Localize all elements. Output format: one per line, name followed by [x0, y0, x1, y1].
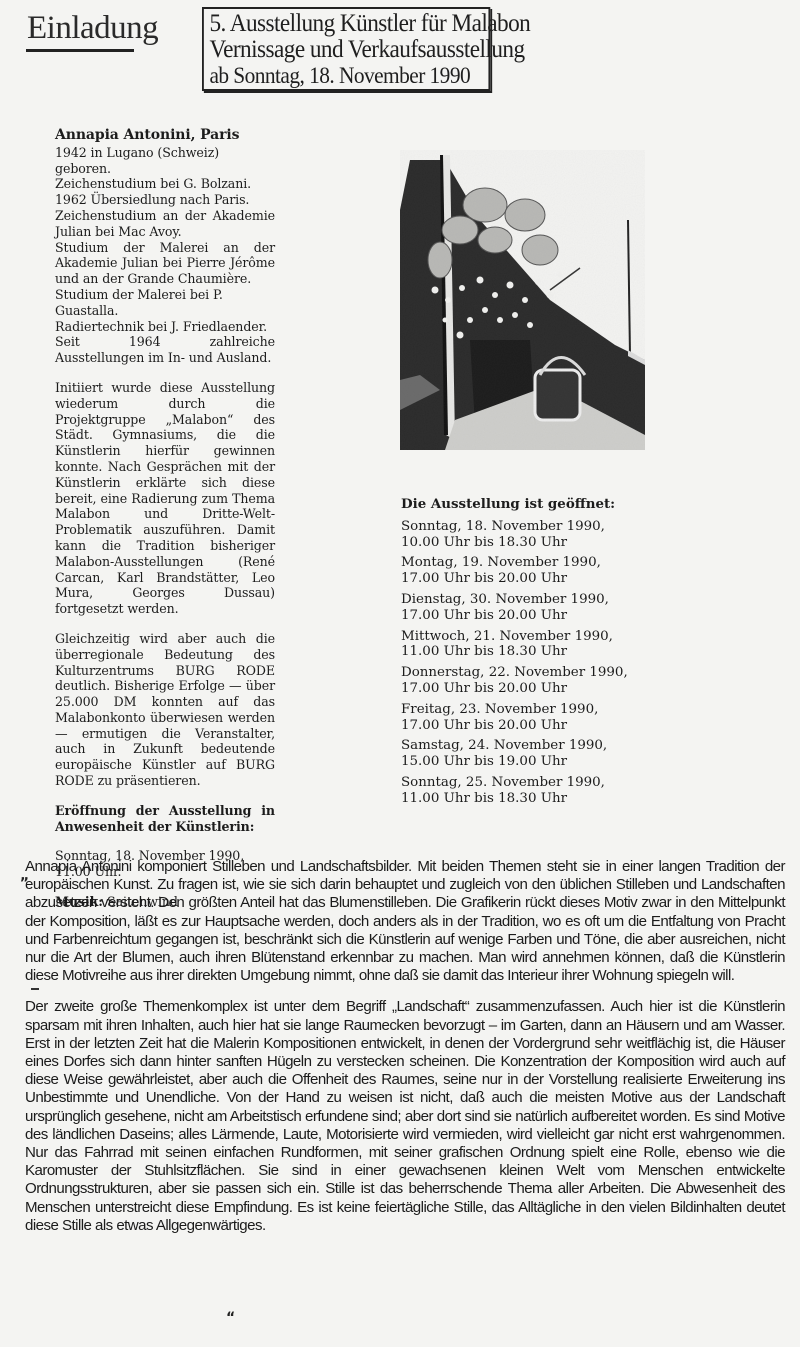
closing-quote-mark: “: [226, 1310, 235, 1326]
hours-slot: Dienstag, 30. November 1990, 17.00 Uhr b…: [401, 592, 641, 624]
slot-day: Mittwoch, 21. November 1990,: [401, 629, 641, 645]
bio-line: Studium der Malerei an der Akademie Juli…: [55, 240, 275, 287]
slot-day: Sonntag, 18. November 1990,: [401, 519, 641, 535]
hours-slot: Samstag, 24. November 1990, 15.00 Uhr bi…: [401, 738, 641, 770]
slot-time: 17.00 Uhr bis 20.00 Uhr: [401, 571, 641, 587]
significance-paragraph: Gleichzeitig wird aber auch die überregi…: [55, 631, 275, 789]
hours-slot: Sonntag, 25. November 1990, 11.00 Uhr bi…: [401, 775, 641, 807]
opening-hours-heading: Die Ausstellung ist geöffnet:: [401, 497, 641, 513]
slot-time: 17.00 Uhr bis 20.00 Uhr: [401, 681, 641, 697]
slot-day: Freitag, 23. November 1990,: [401, 702, 641, 718]
hours-slot: Donnerstag, 22. November 1990, 17.00 Uhr…: [401, 665, 641, 697]
artwork-image: [400, 150, 645, 450]
bio-line: Seit 1964 zahlreiche Ausstellungen im In…: [55, 334, 275, 366]
slot-time: 11.00 Uhr bis 18.30 Uhr: [401, 644, 641, 660]
bio-line: Studium der Malerei bei P. Guastalla.: [55, 287, 275, 319]
left-column: Annapia Antonini, Paris 1942 in Lugano (…: [55, 128, 275, 910]
opening-hours: Die Ausstellung ist geöffnet: Sonntag, 1…: [401, 497, 641, 812]
exhibition-headline-box: 5. Ausstellung Künstler für Malabon Vern…: [202, 7, 490, 91]
slot-time: 15.00 Uhr bis 19.00 Uhr: [401, 754, 641, 770]
project-paragraph: Initiiert wurde diese Ausstellung wieder…: [55, 380, 275, 617]
slot-day: Dienstag, 30. November 1990,: [401, 592, 641, 608]
slot-time: 17.00 Uhr bis 20.00 Uhr: [401, 608, 641, 624]
page-title: Einladung: [27, 10, 158, 47]
slot-time: 11.00 Uhr bis 18.30 Uhr: [401, 791, 641, 807]
invitation-page: Einladung 5. Ausstellung Künstler für Ma…: [0, 0, 800, 1347]
essay-paragraph-1: Annapia Antonini komponiert Stilleben un…: [25, 858, 785, 985]
slot-day: Samstag, 24. November 1990,: [401, 738, 641, 754]
artist-name: Annapia Antonini, Paris: [55, 128, 275, 144]
still-life-etching-icon: [400, 150, 645, 450]
bio-line: Zeichenstudium bei G. Bolzani.: [55, 176, 275, 192]
essay-paragraph-2: Der zweite große Themenkomplex ist unter…: [25, 998, 785, 1235]
slot-day: Montag, 19. November 1990,: [401, 555, 641, 571]
slot-day: Sonntag, 25. November 1990,: [401, 775, 641, 791]
hours-slot: Freitag, 23. November 1990, 17.00 Uhr bi…: [401, 702, 641, 734]
hours-slot: Montag, 19. November 1990, 17.00 Uhr bis…: [401, 555, 641, 587]
slot-time: 17.00 Uhr bis 20.00 Uhr: [401, 718, 641, 734]
bio-line: Radiertechnik bei J. Friedlaender.: [55, 319, 275, 335]
bio-line: 1942 in Lugano (Schweiz) geboren.: [55, 145, 275, 177]
hours-slot: Mittwoch, 21. November 1990, 11.00 Uhr b…: [401, 629, 641, 661]
artist-bio: 1942 in Lugano (Schweiz) geboren. Zeiche…: [55, 145, 275, 366]
bio-line: Zeichenstudium an der Akademie Julian be…: [55, 208, 275, 240]
hours-slot: Sonntag, 18. November 1990, 10.00 Uhr bi…: [401, 519, 641, 551]
slot-time: 10.00 Uhr bis 18.30 Uhr: [401, 535, 641, 551]
essay-text: Annapia Antonini komponiert Stilleben un…: [25, 858, 785, 1244]
headline-line-2: Vernissage und Verkaufsausstellung: [209, 37, 482, 63]
headline-line-3: ab Sonntag, 18. November 1990: [209, 63, 482, 89]
headline-line-1: 5. Ausstellung Künstler für Malabon: [209, 11, 482, 37]
slot-day: Donnerstag, 22. November 1990,: [401, 665, 641, 681]
title-underline: [26, 49, 134, 52]
opening-heading: Eröffnung der Ausstellung in Anwesenheit…: [55, 803, 275, 835]
paragraph-dash: [31, 988, 39, 990]
bio-line: 1962 Übersiedlung nach Paris.: [55, 192, 275, 208]
